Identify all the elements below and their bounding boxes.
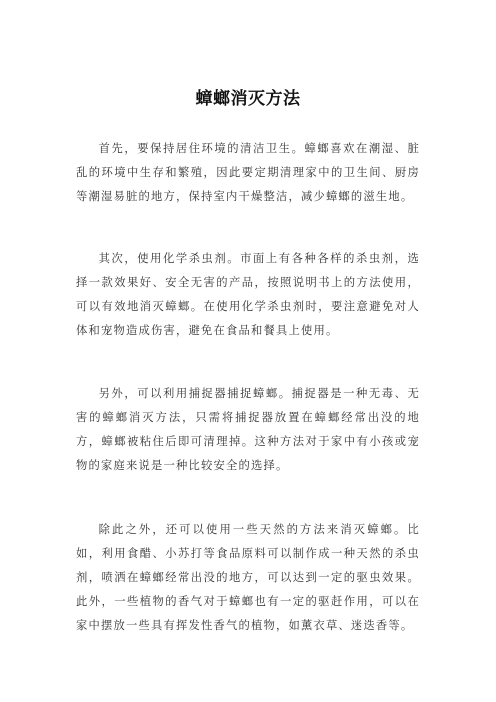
paragraph-trap: 另外，可以利用捕捉器捕捉蟑螂。捕捉器是一种无毒、无害的蟑螂消灭方法，只需将捕捉器…	[76, 382, 420, 478]
document-title: 蟑螂消灭方法	[0, 84, 496, 109]
paragraph-natural-methods: 除此之外，还可以使用一些天然的方法来消灭蟑螂。比如，利用食醋、小苏打等食品原料可…	[76, 518, 420, 638]
paragraph-cleanliness: 首先，要保持居住环境的清洁卫生。蟑螂喜欢在潮湿、脏乱的环境中生存和繁殖，因此要定…	[76, 137, 420, 209]
document-page: 蟑螂消灭方法 首先，要保持居住环境的清洁卫生。蟑螂喜欢在潮湿、脏乱的环境中生存和…	[0, 0, 496, 702]
paragraph-insecticide: 其次，使用化学杀虫剂。市面上有各种各样的杀虫剂，选择一款效果好、安全无害的产品，…	[76, 247, 420, 343]
